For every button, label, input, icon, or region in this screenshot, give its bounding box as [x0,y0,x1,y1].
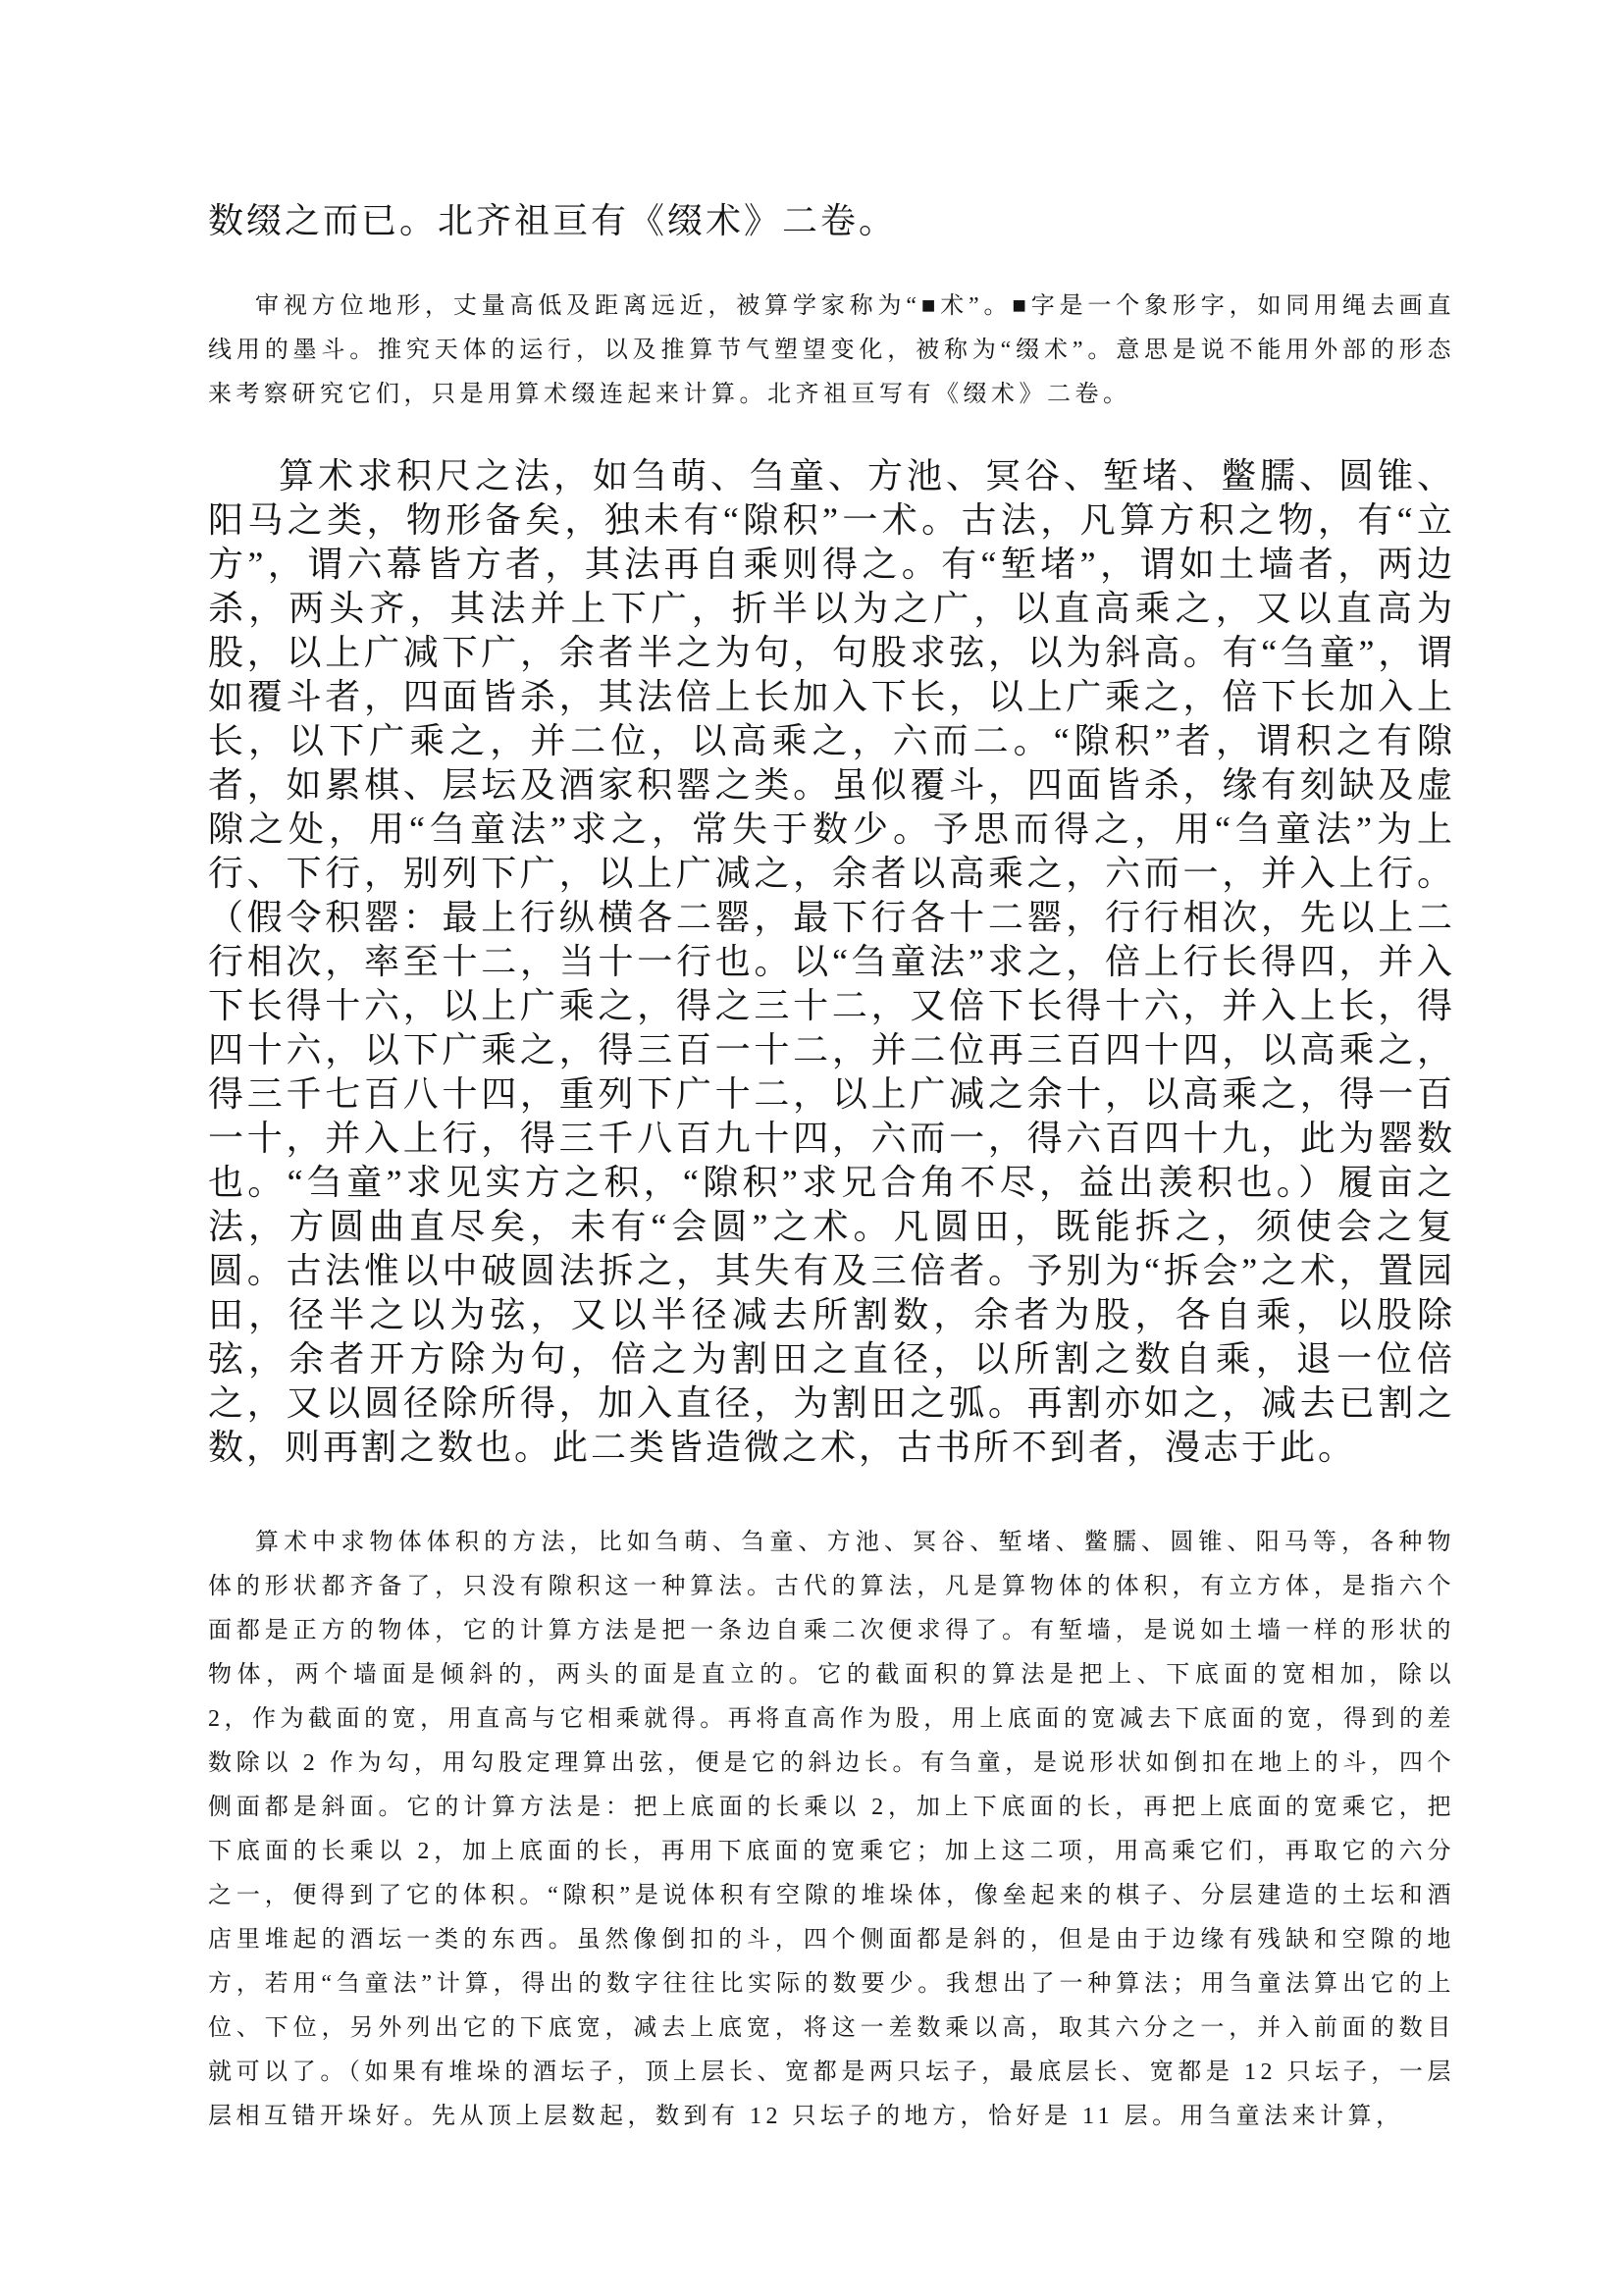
document-page: 数缀之而已。北齐祖亘有《缀术》二卷。 审视方位地形，丈量高低及距离远近，被算学家… [0,0,1624,2294]
paragraph-original-classical-text: 算术求积尺之法，如刍萌、刍童、方池、冥谷、堑堵、鳖臑、圆锥、阳马之类，物形备矣，… [208,454,1455,1470]
paragraph-continuation-line: 数缀之而已。北齐祖亘有《缀术》二卷。 [208,199,1455,243]
paragraph-annotation-translation: 审视方位地形，丈量高低及距离远近，被算学家称为“■术”。■字是一个象形字，如同用… [208,285,1455,417]
paragraph-modern-translation: 算术中求物体体积的方法，比如刍萌、刍童、方池、冥谷、堑堵、鳖臑、圆锥、阳马等，各… [208,1521,1455,2139]
